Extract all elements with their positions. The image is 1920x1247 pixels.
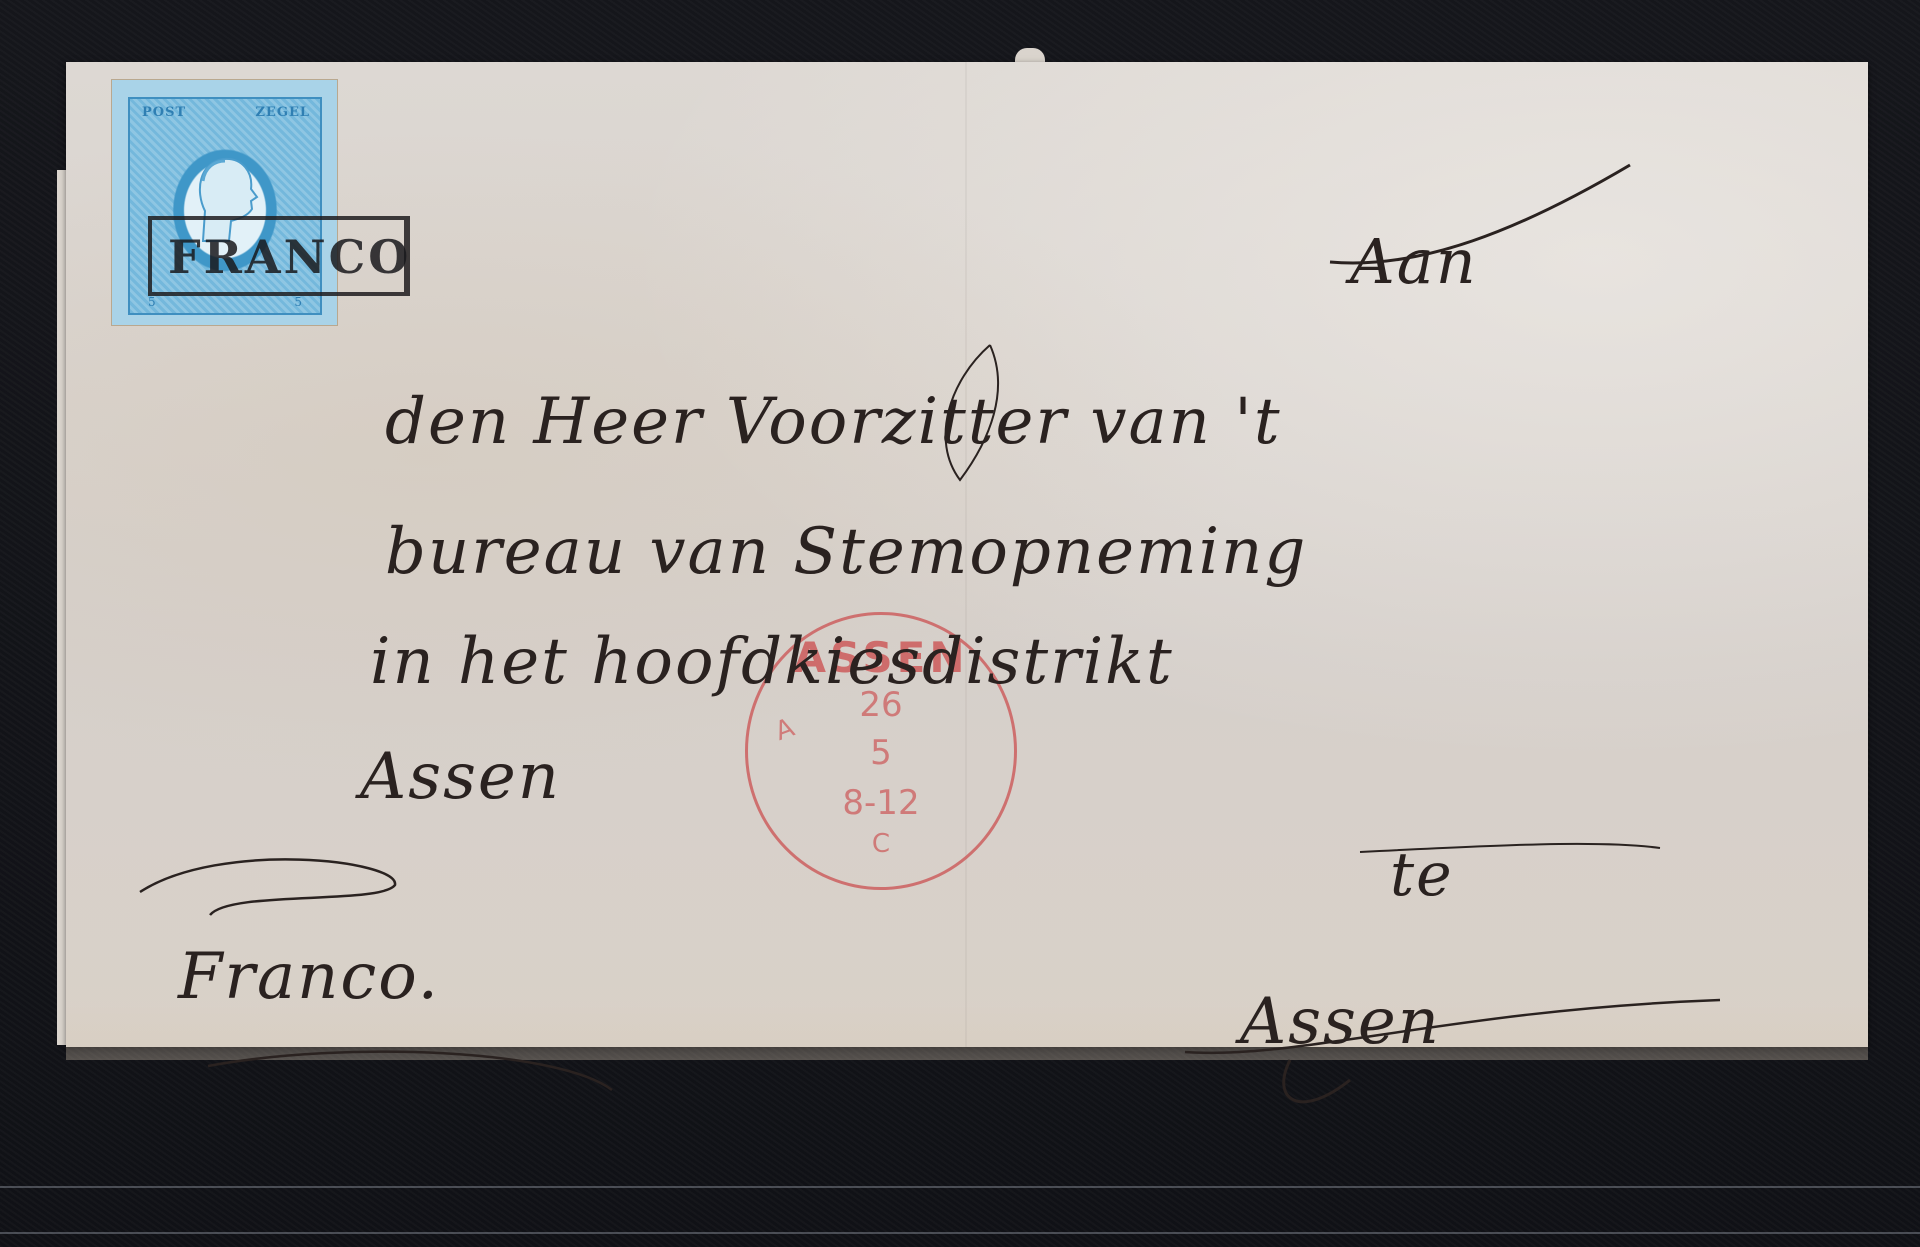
- pen-flourishes: [0, 0, 1920, 1247]
